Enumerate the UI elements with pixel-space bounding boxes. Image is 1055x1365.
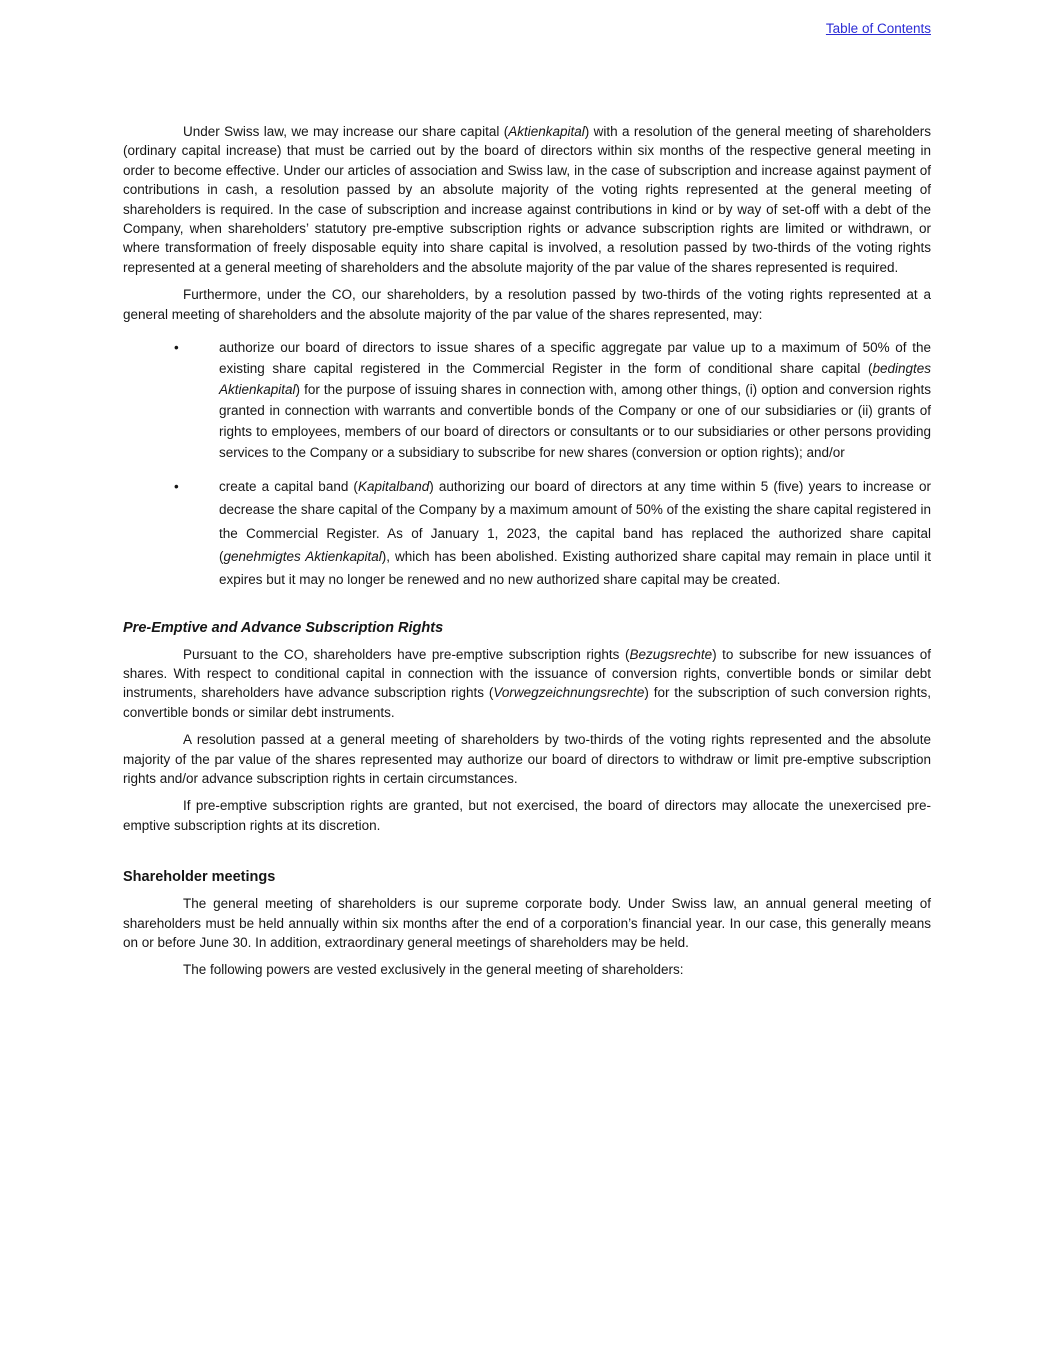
bullet-item: •authorize our board of directors to iss… [123,337,931,463]
document-page: Table of Contents Under Swiss law, we ma… [0,0,1055,1365]
paragraph: A resolution passed at a general meeting… [123,730,931,788]
text-run: authorize our board of directors to issu… [219,340,931,376]
text-run: Shareholder meetings [123,869,275,885]
italic-text-run: Kapitalband [358,479,429,494]
paragraph: The following powers are vested exclusiv… [123,960,931,979]
text-run: Pursuant to the CO, shareholders have pr… [183,647,630,662]
paragraph: Under Swiss law, we may increase our sha… [123,122,931,277]
text-run: The general meeting of shareholders is o… [123,896,931,950]
text-run: Furthermore, under the CO, our sharehold… [123,287,931,321]
italic-text-run: Vorwegzeichnungsrechte [493,685,644,700]
text-run: A resolution passed at a general meeting… [123,732,931,786]
text-run: Under Swiss law, we may increase our sha… [183,124,508,139]
bullet-item: •create a capital band (Kapitalband) aut… [123,475,931,591]
italic-text-run: genehmigtes Aktienkapital [224,549,382,564]
paragraph: The general meeting of shareholders is o… [123,894,931,952]
bullet-icon: • [174,475,219,591]
italic-text-run: Aktienkapital [508,124,585,139]
document-body: Under Swiss law, we may increase our sha… [123,122,931,980]
bullet-text: authorize our board of directors to issu… [219,337,931,463]
paragraph: Pursuant to the CO, shareholders have pr… [123,645,931,723]
section-heading: Shareholder meetings [123,869,931,885]
paragraph: If pre-emptive subscription rights are g… [123,796,931,835]
text-run: The following powers are vested exclusiv… [183,962,684,977]
italic-text-run: Bezugsrechte [630,647,713,662]
toc-link-row: Table of Contents [826,20,931,38]
bullet-icon: • [174,337,219,463]
bullet-text: create a capital band (Kapitalband) auth… [219,475,931,591]
paragraph: Furthermore, under the CO, our sharehold… [123,285,931,324]
text-run: Pre-Emptive and Advance Subscription Rig… [123,620,443,636]
text-run: create a capital band ( [219,479,358,494]
text-run: If pre-emptive subscription rights are g… [123,798,931,832]
section-heading: Pre-Emptive and Advance Subscription Rig… [123,620,931,636]
table-of-contents-link[interactable]: Table of Contents [826,21,931,36]
text-run: ) with a resolution of the general meeti… [123,124,931,275]
bullet-list: •authorize our board of directors to iss… [123,337,931,591]
text-run: ) for the purpose of issuing shares in c… [219,382,931,460]
